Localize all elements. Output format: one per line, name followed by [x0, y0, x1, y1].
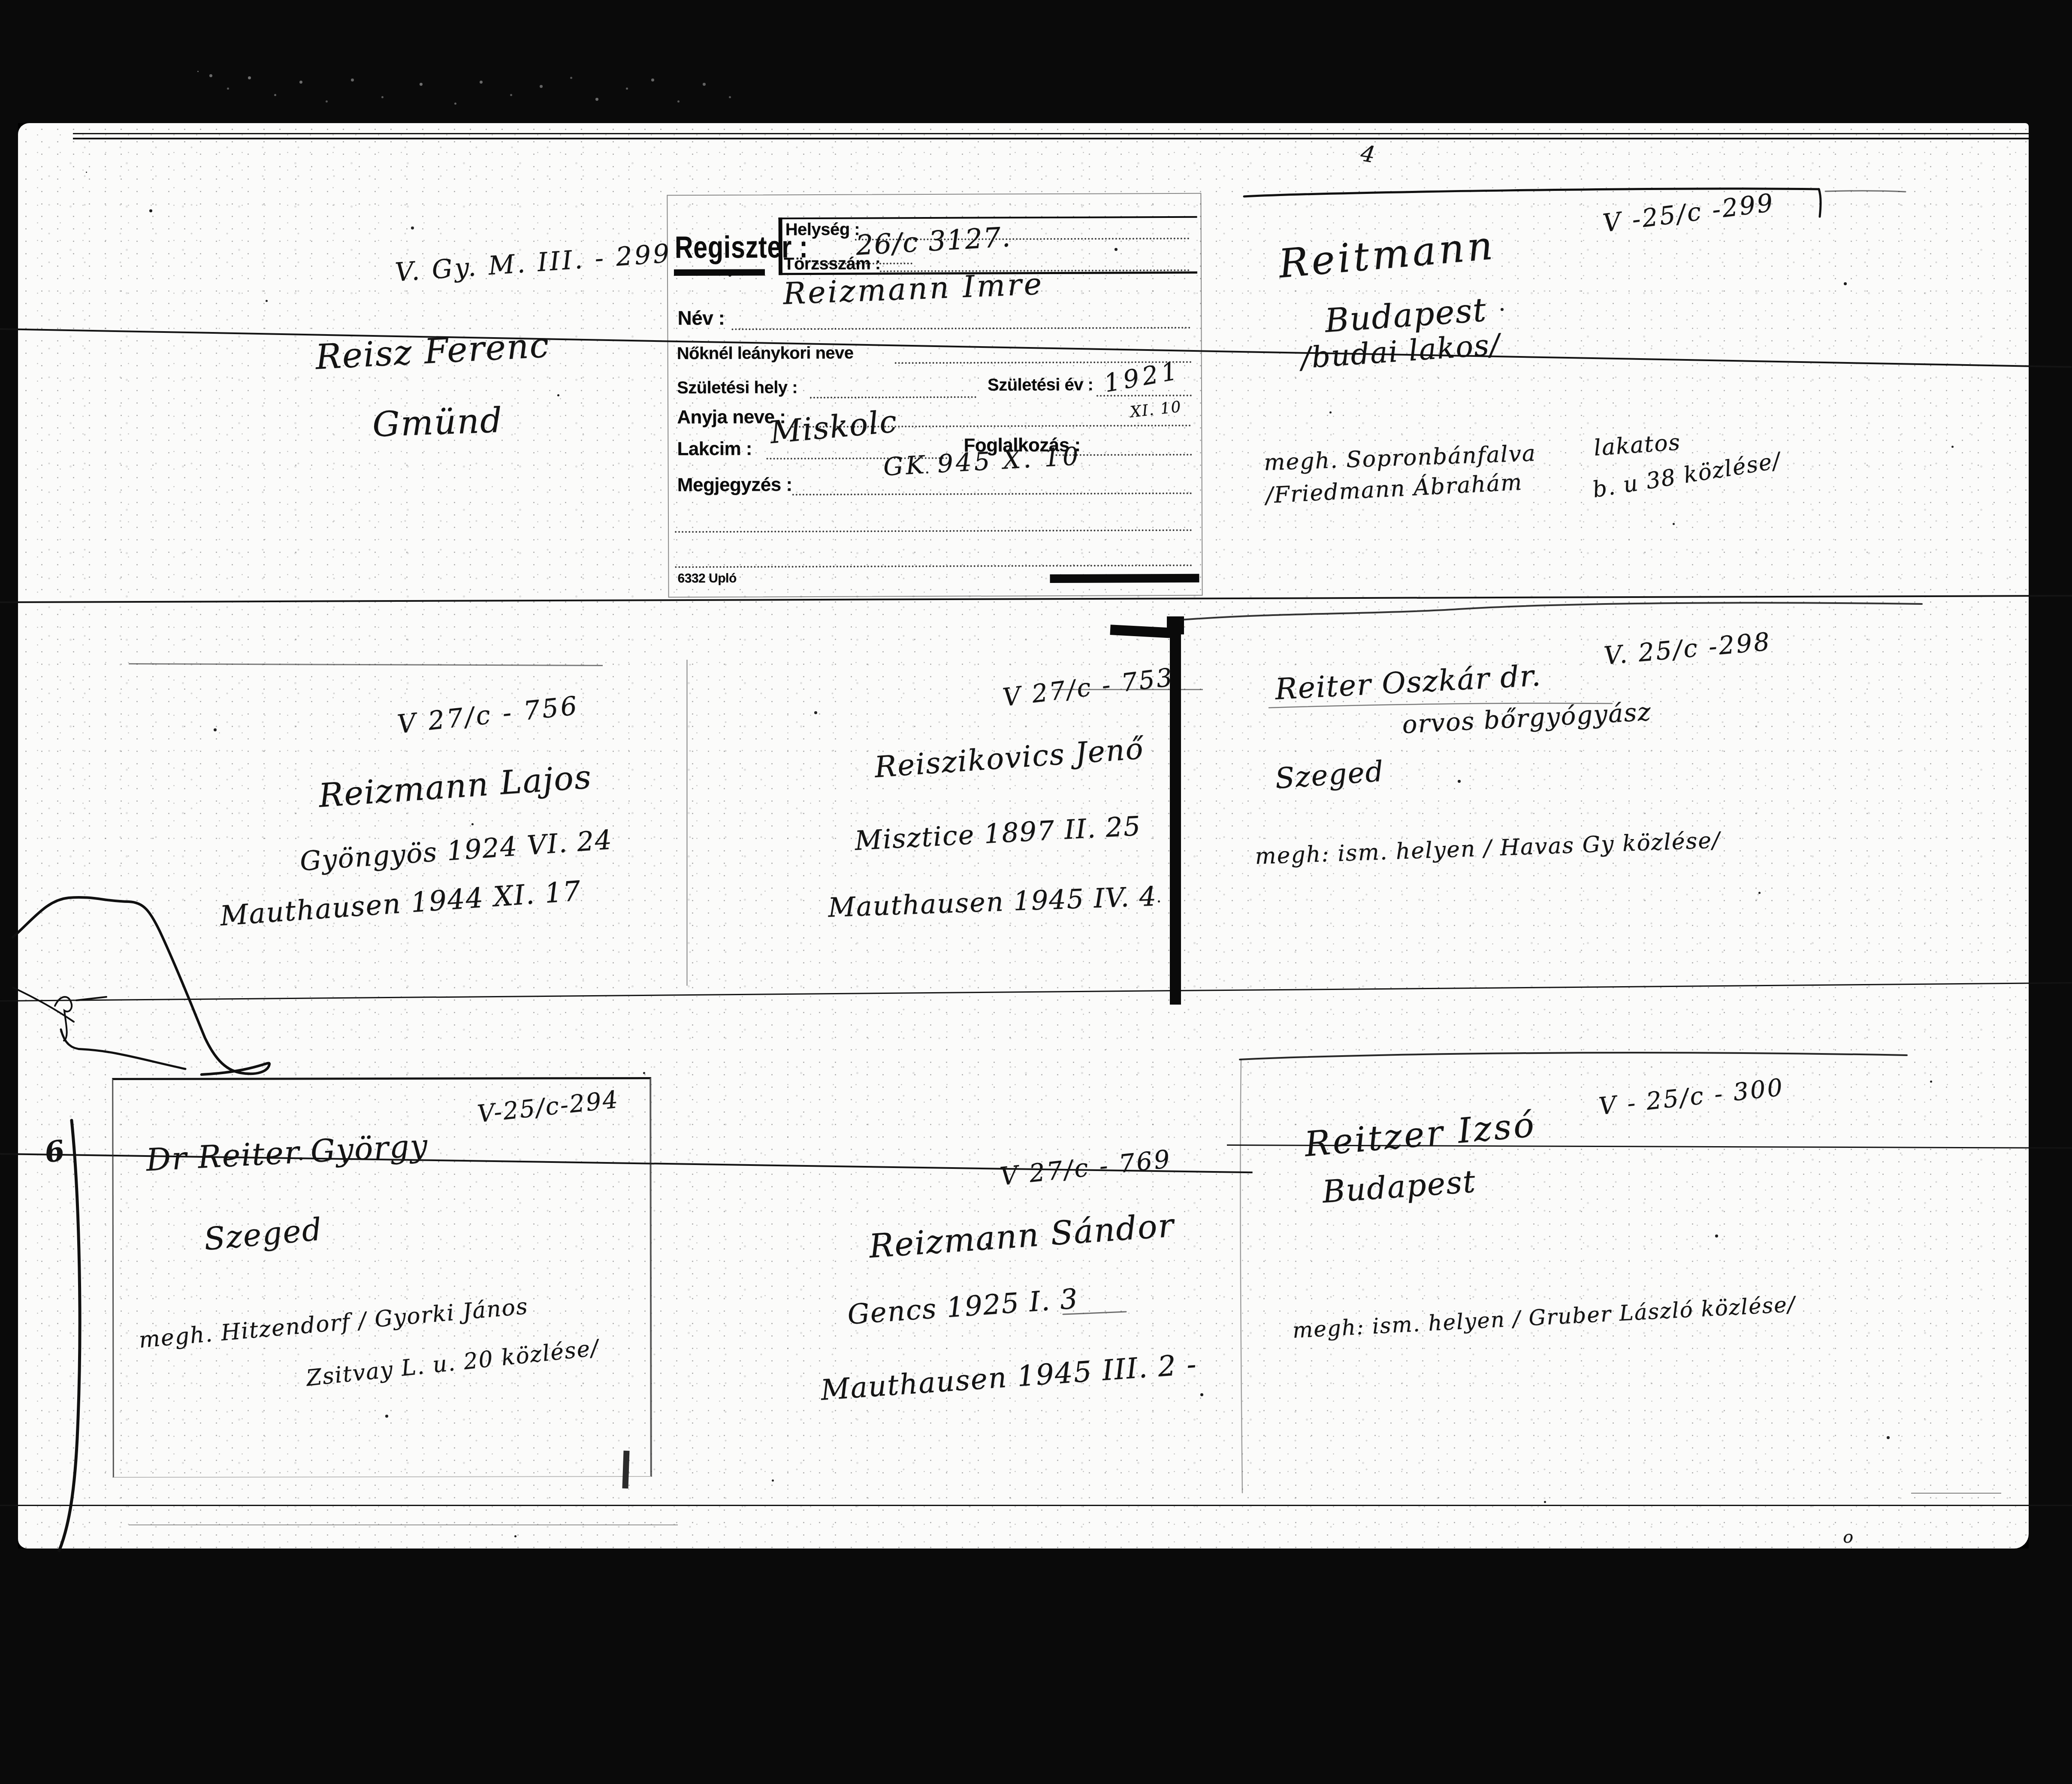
card-edge-line-bottom — [0, 1505, 2072, 1506]
register-box-left-bar — [779, 217, 782, 275]
register-lakcim-value: Miskolc — [768, 403, 899, 450]
register-megjegyzes-label: Megjegyzés : — [677, 474, 792, 496]
register-torzsszam-value: 26/c 3127. — [855, 221, 1012, 262]
register-card: Regiszter : Helység : Törzsszám : 26/c 3… — [667, 193, 1202, 598]
film-border-left — [0, 0, 18, 1784]
top-edge-line-1 — [73, 133, 2029, 134]
register-szulev-label: Születési év : — [988, 375, 1093, 395]
register-lakcim-label: Lakcim : — [677, 438, 752, 460]
top-edge-line-2 — [73, 138, 2029, 139]
register-helyseg-label: Helység : — [785, 220, 860, 240]
register-box-top — [779, 216, 1197, 219]
film-border-bottom — [0, 1549, 2072, 1784]
register-nev-label: Név : — [677, 306, 725, 329]
margin-mark-o: o — [1843, 1527, 1854, 1547]
paper-noise-specks — [86, 172, 87, 173]
film-border-right — [2029, 0, 2072, 1784]
card-topleft-place: Gmünd — [372, 400, 503, 445]
register-nev-dots — [731, 327, 1190, 330]
scanned-registry-sheet: 4 6 o V. Gy. M. III. - 299 Reisz Ferenc … — [0, 0, 2072, 1784]
mid-center-card-left-border — [686, 660, 688, 986]
register-szulev-note: XI. 10 — [1129, 398, 1182, 421]
film-border-top — [0, 0, 2072, 123]
register-megjegyzes-value: GK 945 X. 10 — [882, 441, 1081, 482]
faint-line-bottom-right — [1911, 1493, 2001, 1494]
register-print-code: 6332 Upló — [677, 571, 736, 586]
register-leanykori-label: Nőknél leánykori neve — [677, 344, 854, 363]
register-blank-dots-2 — [675, 564, 1192, 568]
register-blank-dots-1 — [675, 529, 1192, 533]
register-title-bar — [674, 269, 765, 276]
register-szulhely-dots — [810, 396, 976, 398]
register-bottom-bar — [1050, 574, 1199, 583]
film-top-band-specks — [197, 71, 199, 72]
register-megjegyzes-dots — [792, 492, 1192, 495]
register-szulhely-label: Születési hely : — [677, 378, 797, 398]
faint-line-bottom-left — [129, 1524, 678, 1525]
